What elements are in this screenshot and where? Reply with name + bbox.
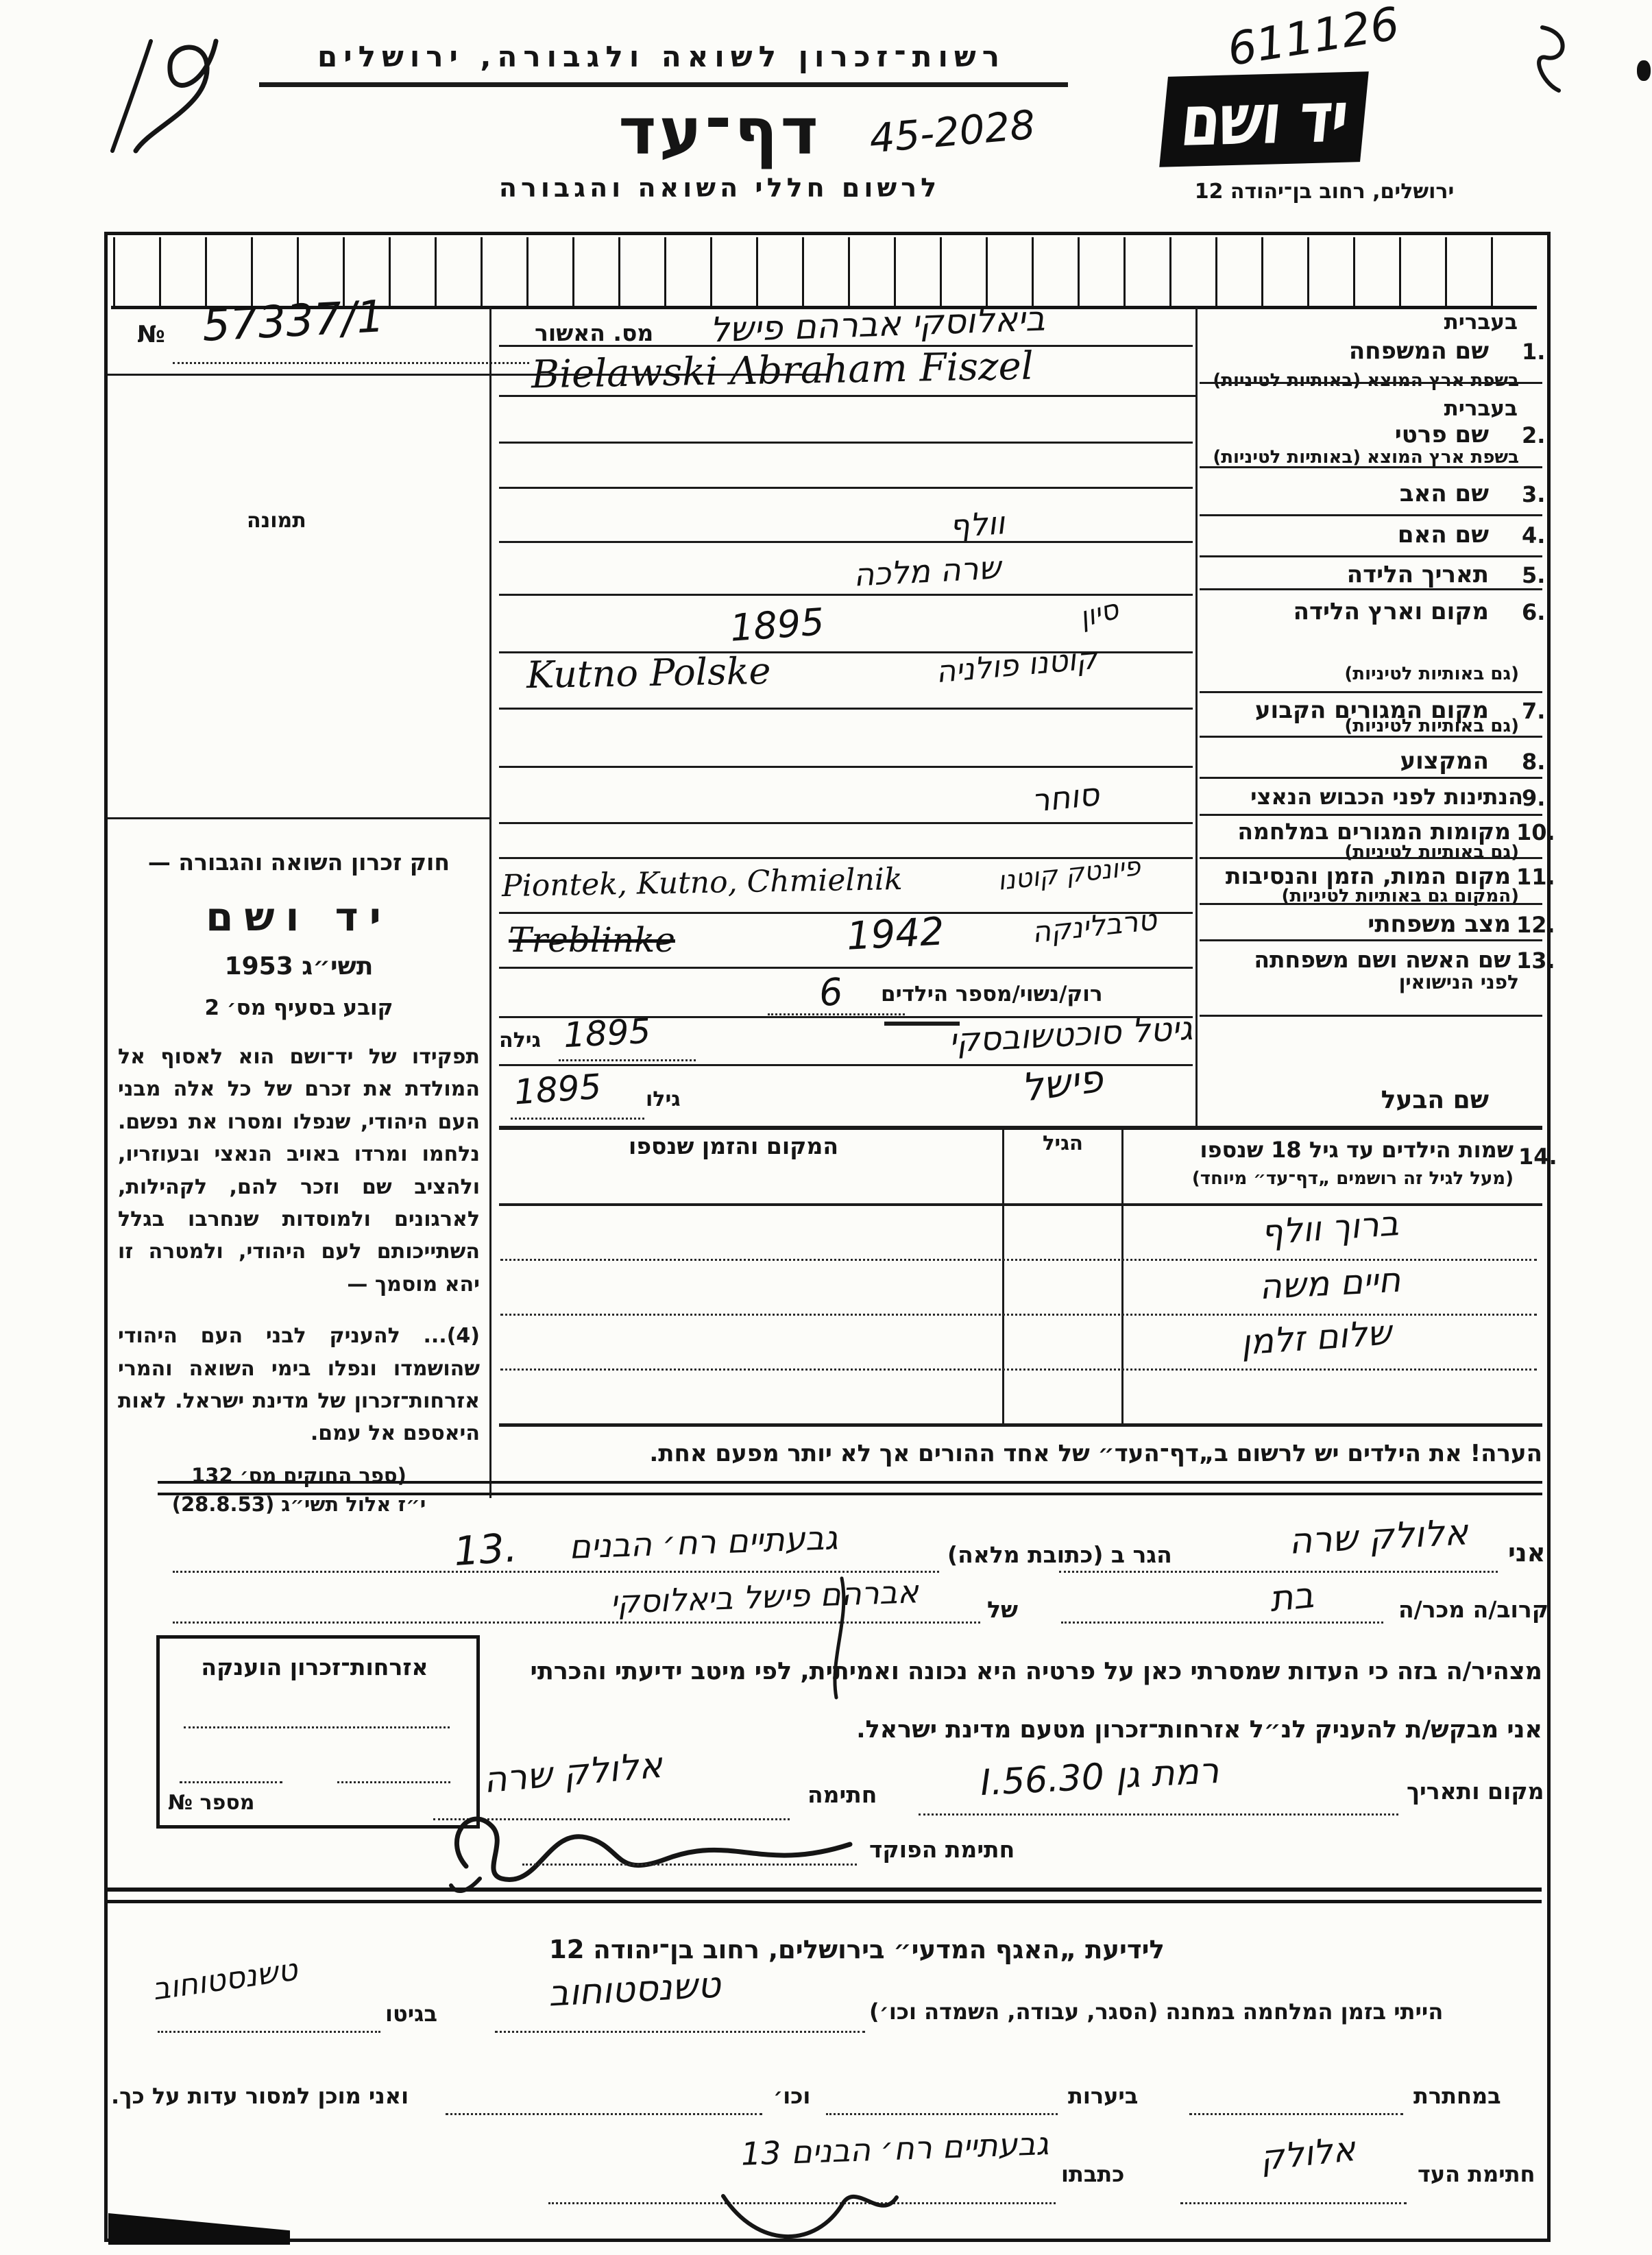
form-subtitle: לרשום חללי השואה והגבורה xyxy=(439,173,1001,203)
field-line xyxy=(499,395,1196,397)
field2-label: שם פרטי xyxy=(1201,421,1489,448)
table-bottom-rule xyxy=(499,1423,1542,1427)
field6-sublabel: (גם באותיות לטיניות) xyxy=(1198,664,1519,684)
underground-label: במחתרת xyxy=(1413,2083,1501,2109)
field12-value: 6 xyxy=(817,970,845,1015)
witness-address-label: כתבתו xyxy=(1061,2161,1124,2187)
label-separator xyxy=(1200,939,1542,941)
grant-box-title: אזרחות־זכרון הוענקה xyxy=(163,1654,466,1680)
field3-label: שם האב xyxy=(1201,480,1489,507)
field12-label: מצב משפחתי xyxy=(1201,911,1511,938)
field1-value-latin: Bielawski Abraham Fiszel xyxy=(531,344,1034,398)
section-double-rule xyxy=(108,1888,1542,1903)
official-signature-scribble xyxy=(439,1791,864,1901)
field1-number: 1. xyxy=(1522,339,1545,365)
handwritten-top-number: 611126 xyxy=(1224,0,1403,76)
children-sublabel: (מעל לגיל זה רושמים „דף־עד״ מיוחד) xyxy=(1131,1168,1514,1189)
law-paragraph-2: (4)... להעניק לבני העם היהודי שהושמדו ונ… xyxy=(118,1320,480,1450)
camp-label: הייתי בזמן המלחמה במחנה (הסגר, עבודה, הש… xyxy=(869,1999,1443,2025)
photo-box-bottom xyxy=(108,817,489,819)
field8-label: המקצוע xyxy=(1201,747,1489,775)
grant-box-dotted xyxy=(184,1726,450,1728)
witness-signature-label: חתימת העד xyxy=(1418,2161,1535,2187)
field-line xyxy=(499,442,1193,444)
label-separator xyxy=(1200,814,1542,816)
label-separator xyxy=(1200,691,1542,693)
declaration-dotted xyxy=(1059,1571,1498,1573)
field13-sublabel: לפני הנישואין xyxy=(1198,971,1519,993)
field13-age-dotted xyxy=(559,1059,696,1061)
label-separator xyxy=(1200,736,1542,738)
field6-value-latin: Kutno Polske xyxy=(526,649,770,697)
grant-box-dotted xyxy=(337,1781,450,1783)
husband-age-label: גילו xyxy=(646,1087,681,1111)
children-note: הערה! את הילדים יש לרשום ב„דף־העד״ של אח… xyxy=(384,1440,1542,1467)
declaration-dotted xyxy=(522,1864,857,1866)
table-top-rule xyxy=(499,1126,1542,1130)
declaration-statement: מצהיר/ה בזה כי העדות שמסרתי כאן על פרטיה… xyxy=(507,1658,1542,1685)
table-divider xyxy=(1121,1126,1123,1425)
etc-label: וכו׳ xyxy=(773,2083,810,2109)
field9-label: הנתינות לפני הכבוש הנאצי xyxy=(1201,784,1523,810)
field12-dotted xyxy=(768,1013,905,1015)
law-paragraph-1: תפקידו של יד־ושם הוא לאסוף אל המולדת את … xyxy=(118,1041,480,1301)
handwritten-scribble xyxy=(103,24,247,161)
field13-age-value: 1895 xyxy=(563,1011,652,1056)
ink-flourish xyxy=(713,2191,905,2255)
children-number: 14. xyxy=(1518,1144,1557,1170)
field1-sublabel: בשפת ארץ המוצא (באותיות לטיניות) xyxy=(1198,370,1519,391)
handwritten-scribble-small xyxy=(1529,19,1583,101)
field-line xyxy=(499,487,1193,489)
declaration-dotted xyxy=(173,1571,939,1573)
field5-number: 5. xyxy=(1522,562,1545,588)
place-date-label: מקום ותאריך xyxy=(1407,1778,1544,1805)
approval-number-handwritten: 57337/1 xyxy=(201,291,385,352)
field11-number: 11. xyxy=(1516,864,1555,890)
field-line xyxy=(499,541,1193,543)
field10-value-latin: Piontek, Kutno, Chmielnik xyxy=(502,862,903,904)
law-sidebar: חוק זכרון השואה והגבורה — יד ושם תשי״ג 1… xyxy=(118,849,480,1516)
field4-number: 4. xyxy=(1522,522,1545,548)
label-separator xyxy=(1200,777,1542,779)
label-separator xyxy=(1200,1015,1542,1017)
field4-value: שרה מלכה xyxy=(853,548,1002,593)
relation-label: קרוב/ה מכר/ה xyxy=(1398,1596,1548,1623)
field13-label: שם האשה ושם משפחתה xyxy=(1201,946,1511,973)
husband-label: שם הבעל xyxy=(1201,1086,1489,1114)
official-signature-label: חתימת הפוקד xyxy=(869,1836,1015,1863)
field10-label: מקומות המגורים במלחמה xyxy=(1201,818,1511,845)
bottom-dotted xyxy=(1180,2202,1407,2204)
field-line xyxy=(499,708,1193,710)
children-label: שמות הילדים עד גיל 18 שנספו xyxy=(1131,1137,1514,1163)
field-line xyxy=(499,822,1193,824)
field3-value: וולף xyxy=(948,504,1006,544)
field3-number: 3. xyxy=(1522,481,1545,507)
field-line xyxy=(499,967,1193,969)
field8-number: 8. xyxy=(1522,749,1545,775)
form-title: דף־עד xyxy=(542,95,898,169)
field8-value: סוחר xyxy=(1030,775,1101,819)
testify-text: ואני מוכן למסור עדות על כך. xyxy=(111,2083,409,2109)
children-col-age: הגיל xyxy=(1006,1131,1119,1155)
label-separator xyxy=(1200,466,1542,468)
bottom-dotted xyxy=(495,2031,865,2033)
declaration-address-label: הגר ב (כתובת מלאה) xyxy=(947,1541,1172,1568)
table-row-dotted xyxy=(500,1368,1537,1371)
of-label: של xyxy=(987,1596,1018,1623)
declaration-i-label: אני xyxy=(1508,1538,1546,1567)
label-separator xyxy=(1200,903,1542,905)
field13-number: 13. xyxy=(1516,948,1555,974)
field4-label: שם האם xyxy=(1201,521,1489,548)
bottom-title: לידיעת „האגף המדעי״ בירושלים, רחוב בן־יה… xyxy=(411,1935,1302,1964)
field13-age-label: גילה xyxy=(499,1028,541,1052)
husband-age-dotted xyxy=(511,1118,644,1120)
field7-number: 7. xyxy=(1522,698,1545,724)
declaration-dotted xyxy=(919,1813,1398,1816)
declaration-request: אני מבקש/ת להעניק לנ״ל אזרחות־זכרון מטעם… xyxy=(884,1716,1542,1744)
field-line xyxy=(499,594,1193,596)
field11-value-latin: Treblinke xyxy=(509,920,675,960)
grant-box-dotted xyxy=(180,1781,282,1783)
field6-number: 6. xyxy=(1522,599,1545,625)
law-heading: חוק זכרון השואה והגבורה — xyxy=(118,849,480,876)
field5-value: 1895 xyxy=(729,600,825,649)
field2-lang-label: בעברית xyxy=(1201,396,1518,421)
agency-line: רשות־זכרון לשואה ולגבורה, ירושלים xyxy=(254,40,1069,73)
law-clause: קובע בסעיף מס׳ 2 xyxy=(118,996,480,1020)
field12-number: 12. xyxy=(1516,912,1555,938)
approval-dotted-line xyxy=(173,362,529,364)
labels-column-divider xyxy=(1195,307,1198,1126)
children-col-place: המקום והזמן שנספו xyxy=(603,1133,864,1159)
bottom-dotted xyxy=(826,2113,1058,2115)
field5-label: תאריך הלידה xyxy=(1201,561,1489,588)
field11-value-year: 1942 xyxy=(845,909,945,958)
table-divider xyxy=(1002,1126,1004,1425)
agency-underline xyxy=(259,82,1068,87)
field7-sublabel: (גם באותיות לטיניות) xyxy=(1198,716,1519,736)
field1-label: שם המשפחה xyxy=(1201,337,1489,365)
label-separator xyxy=(1200,857,1542,859)
law-title: יד ושם xyxy=(118,893,480,940)
field12-options: רוק/נשוי/מספר הילדים xyxy=(881,982,1103,1006)
label-separator xyxy=(1200,382,1542,384)
photo-label: תמונה xyxy=(247,509,306,533)
declarant-address-number: 13. xyxy=(452,1524,519,1575)
label-separator xyxy=(1200,588,1542,590)
yad-vashem-logo-text: יד ושם xyxy=(1177,76,1350,162)
law-year: תשי״ג 1953 xyxy=(118,952,480,980)
field2-sublabel: בשפת ארץ המוצא (באותיות לטיניות) xyxy=(1198,447,1519,468)
testimony-page-scan: רשות־זכרון לשואה ולגבורה, ירושלים 45-202… xyxy=(0,0,1652,2255)
relation-handwritten: בת xyxy=(1267,1575,1315,1620)
husband-age-value: 1895 xyxy=(513,1067,603,1113)
field6-label: מקום וארץ הלידה xyxy=(1201,598,1489,625)
field10-number: 10. xyxy=(1516,819,1555,845)
yad-vashem-logo: יד ושם xyxy=(1159,71,1369,167)
label-separator xyxy=(1200,514,1542,516)
grant-box-number-label: מספר № xyxy=(168,1791,284,1815)
field1-lang-label: בעברית xyxy=(1201,310,1518,335)
field10-sublabel: (גם באותיות לטיניות) xyxy=(1198,842,1519,863)
left-column-divider xyxy=(489,307,491,1498)
scan-smudge xyxy=(1637,60,1651,81)
declaration-dotted xyxy=(1061,1621,1383,1624)
double-rule xyxy=(158,1481,1542,1495)
bottom-dotted xyxy=(446,2113,762,2115)
ghetto-label: בגיטו xyxy=(385,2001,437,2027)
field9-number: 9. xyxy=(1522,785,1545,811)
field2-number: 2. xyxy=(1522,422,1545,448)
logo-address: ירושלים, רחוב בן־יהודה 12 xyxy=(1146,180,1503,204)
bottom-dotted xyxy=(158,2031,380,2033)
forests-label: ביערות xyxy=(1068,2083,1138,2109)
field-line xyxy=(499,766,1193,768)
bottom-dotted xyxy=(1189,2113,1403,2115)
law-source-2: י״ז אלול תשי״ג (28.8.53) xyxy=(118,1493,480,1516)
declaration-dotted xyxy=(173,1621,980,1624)
label-separator xyxy=(1200,555,1542,557)
approval-number-sign: № xyxy=(137,321,165,348)
